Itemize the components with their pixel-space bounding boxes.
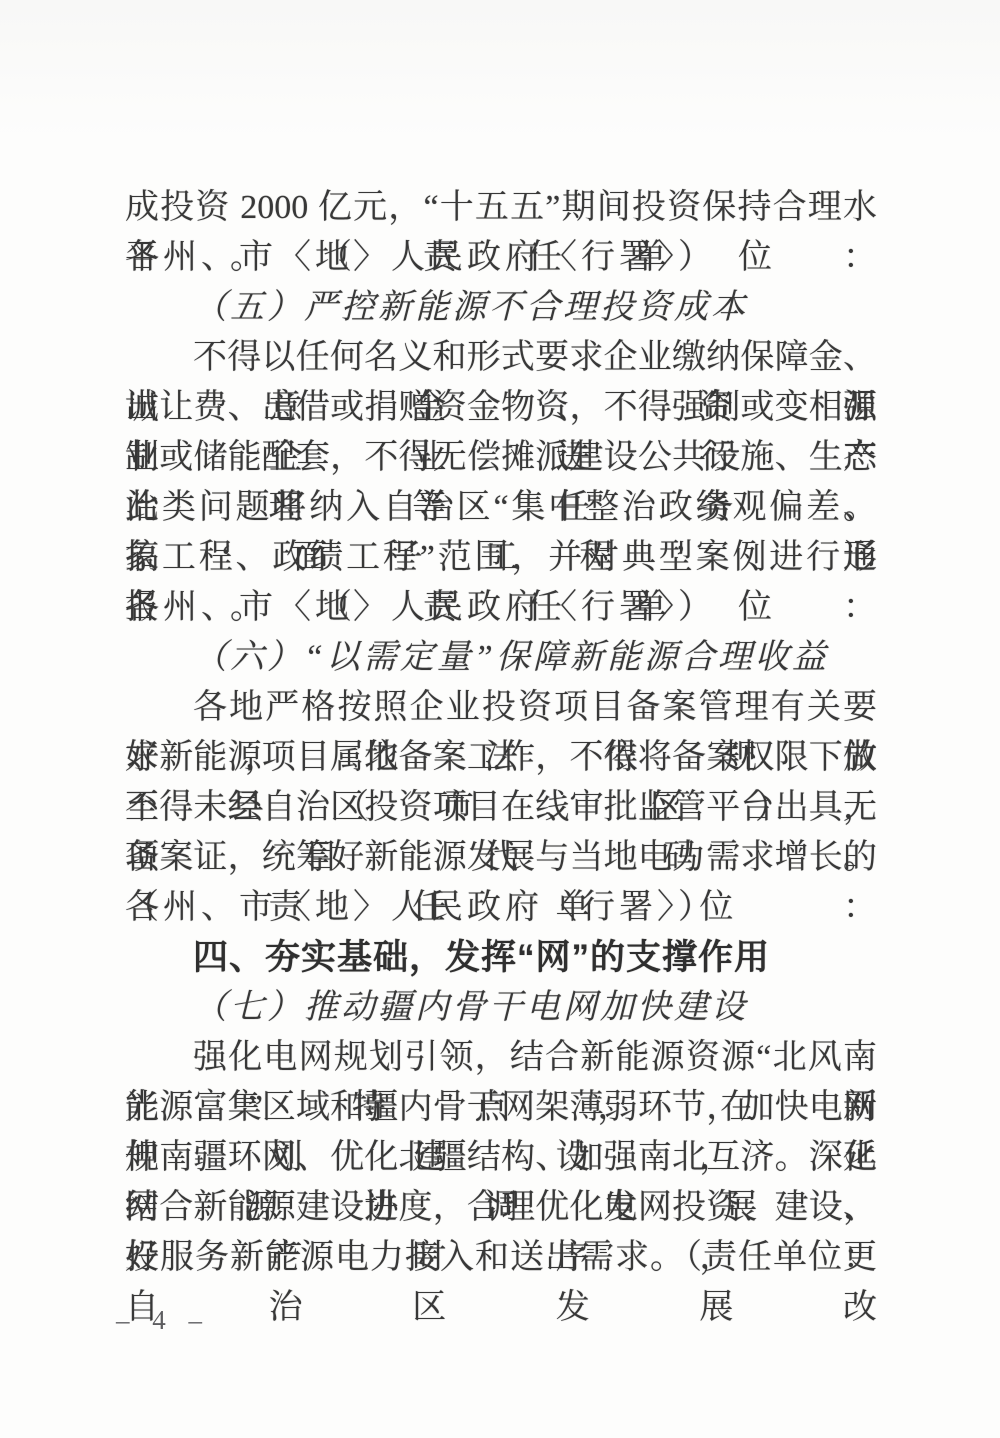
section-heading-6: （六）“以需定量”保障新能源合理收益 bbox=[125, 633, 877, 683]
body-line: 能源富集区域和疆内骨干网架薄弱环节，加快电网规划建设，延 bbox=[125, 1083, 877, 1133]
body-line: 象工程、政绩工程”范围，并对典型案例进行通报。（责任单位： bbox=[125, 533, 877, 583]
section-heading-5: （五）严控新能源不合理投资成本 bbox=[125, 283, 877, 333]
body-line: 伸南疆环网、优化北疆结构、加强南北互济。深化网源协调发展， bbox=[125, 1133, 877, 1183]
body-line: 结合新能源建设进度，合理优化电网投资、建设、投产时序，更 bbox=[125, 1183, 877, 1233]
body-line: 此类问题将纳入自治区“集中整治政绩观偏差、搞‘面子工程’、形 bbox=[125, 483, 877, 533]
body-line: 强化电网规划引领，结合新能源资源“北风南光”特点，在新 bbox=[125, 1033, 877, 1083]
body-line: 备案证，统筹好新能源发展与当地电力需求增长。（责任单位： bbox=[125, 833, 877, 883]
document-text-block: 成投资 2000 亿元，“十五五”期间投资保持合理水平。（责任单位： 各州、市〈… bbox=[125, 183, 877, 1283]
document-page: 成投资 2000 亿元，“十五五”期间投资保持合理水平。（责任单位： 各州、市〈… bbox=[0, 0, 1000, 1438]
body-line: 好新能源项目属地备案工作，不得将备案权限下放至县（市、区）， bbox=[125, 733, 877, 783]
body-line: 业或储能配套，不得无偿摊派建设公共设施、生态治理等任务。 bbox=[125, 433, 877, 483]
body-line: 好服务新能源电力接入和送出需求。（责任单位： 自治区发展改 bbox=[125, 1233, 877, 1283]
section-heading-7: （七）推动疆内骨干电网加快建设 bbox=[125, 983, 877, 1033]
chapter-heading-4: 四、夯实基础，发挥“网”的支撑作用 bbox=[125, 933, 877, 983]
body-line: 出让费、出借或捐赠资金物资，不得强制或变相强制企业进行产 bbox=[125, 383, 877, 433]
body-line: 各地严格按照企业投资项目备案管理有关要求，依法依规做 bbox=[125, 683, 877, 733]
body-line: 成投资 2000 亿元，“十五五”期间投资保持合理水平。（责任单位： bbox=[125, 183, 877, 233]
body-line: 不得未经自治区投资项目在线审批监管平台出具无项目代码的 bbox=[125, 783, 877, 833]
page-number: – 4 – bbox=[116, 1303, 210, 1337]
body-line: 不得以任何名义和形式要求企业缴纳保障金、诚意金、资源 bbox=[125, 333, 877, 383]
